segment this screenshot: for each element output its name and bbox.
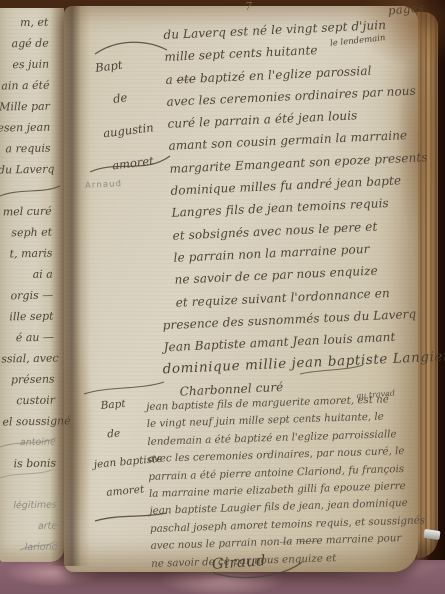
left-page-line-fragment [0, 180, 57, 202]
left-page-text-fragments: m, etagé dees juinain a étéMille paresen… [0, 12, 63, 559]
left-page-line-fragment: custoir [2, 389, 60, 411]
baptism-entry-augustin: du Laverq est né le vingt sept d'juinmil… [163, 12, 434, 402]
margin-note-line: de [112, 85, 152, 122]
left-page-line-fragment: agé de [0, 33, 54, 55]
folio-number: 7 [245, 0, 252, 13]
left-page-line-fragment: es juin [0, 54, 54, 76]
left-page-line-fragment: mel curé [0, 201, 57, 223]
left-page-line-fragment: orgis — [0, 284, 58, 306]
left-page-line-fragment: lariond [4, 536, 62, 558]
left-page-line-fragment: arte [4, 515, 62, 537]
left-page-line-fragment: a requis [0, 138, 56, 160]
left-page-line-fragment: seph et [0, 222, 57, 244]
left-page-line-fragment: Mille par [0, 96, 55, 118]
left-page-line-fragment: présens [1, 368, 59, 390]
left-page-line-fragment [3, 473, 61, 495]
pencil-annotation: Arnaud [85, 179, 123, 191]
left-page-line-fragment: ain a été [0, 75, 55, 97]
left-page-line-fragment: ai a [0, 263, 58, 285]
left-page-line-fragment: is bonis [3, 452, 61, 474]
left-page-line-fragment: légitimes [4, 494, 62, 516]
left-page-line-fragment: esen jean [0, 117, 55, 139]
left-page-line-fragment: t, maris [0, 243, 58, 265]
left-page-line-fragment: el soussigné [2, 410, 60, 432]
baptism-entry-jean-baptiste: jean baptiste fils de marguerite amoret,… [146, 390, 429, 573]
left-page-line-fragment: é au — [1, 326, 59, 348]
left-page-line-fragment: m, et [0, 12, 54, 34]
manuscript-photo: 7 pages m, etagé dees juinain a étéMille… [0, 0, 445, 594]
left-page-line-fragment: antoine [3, 431, 61, 453]
left-page-line-fragment: du Laverq [0, 159, 56, 181]
left-page-line-fragment: ssial, avec [1, 347, 59, 369]
left-page-line-fragment: ille sept [0, 305, 58, 327]
